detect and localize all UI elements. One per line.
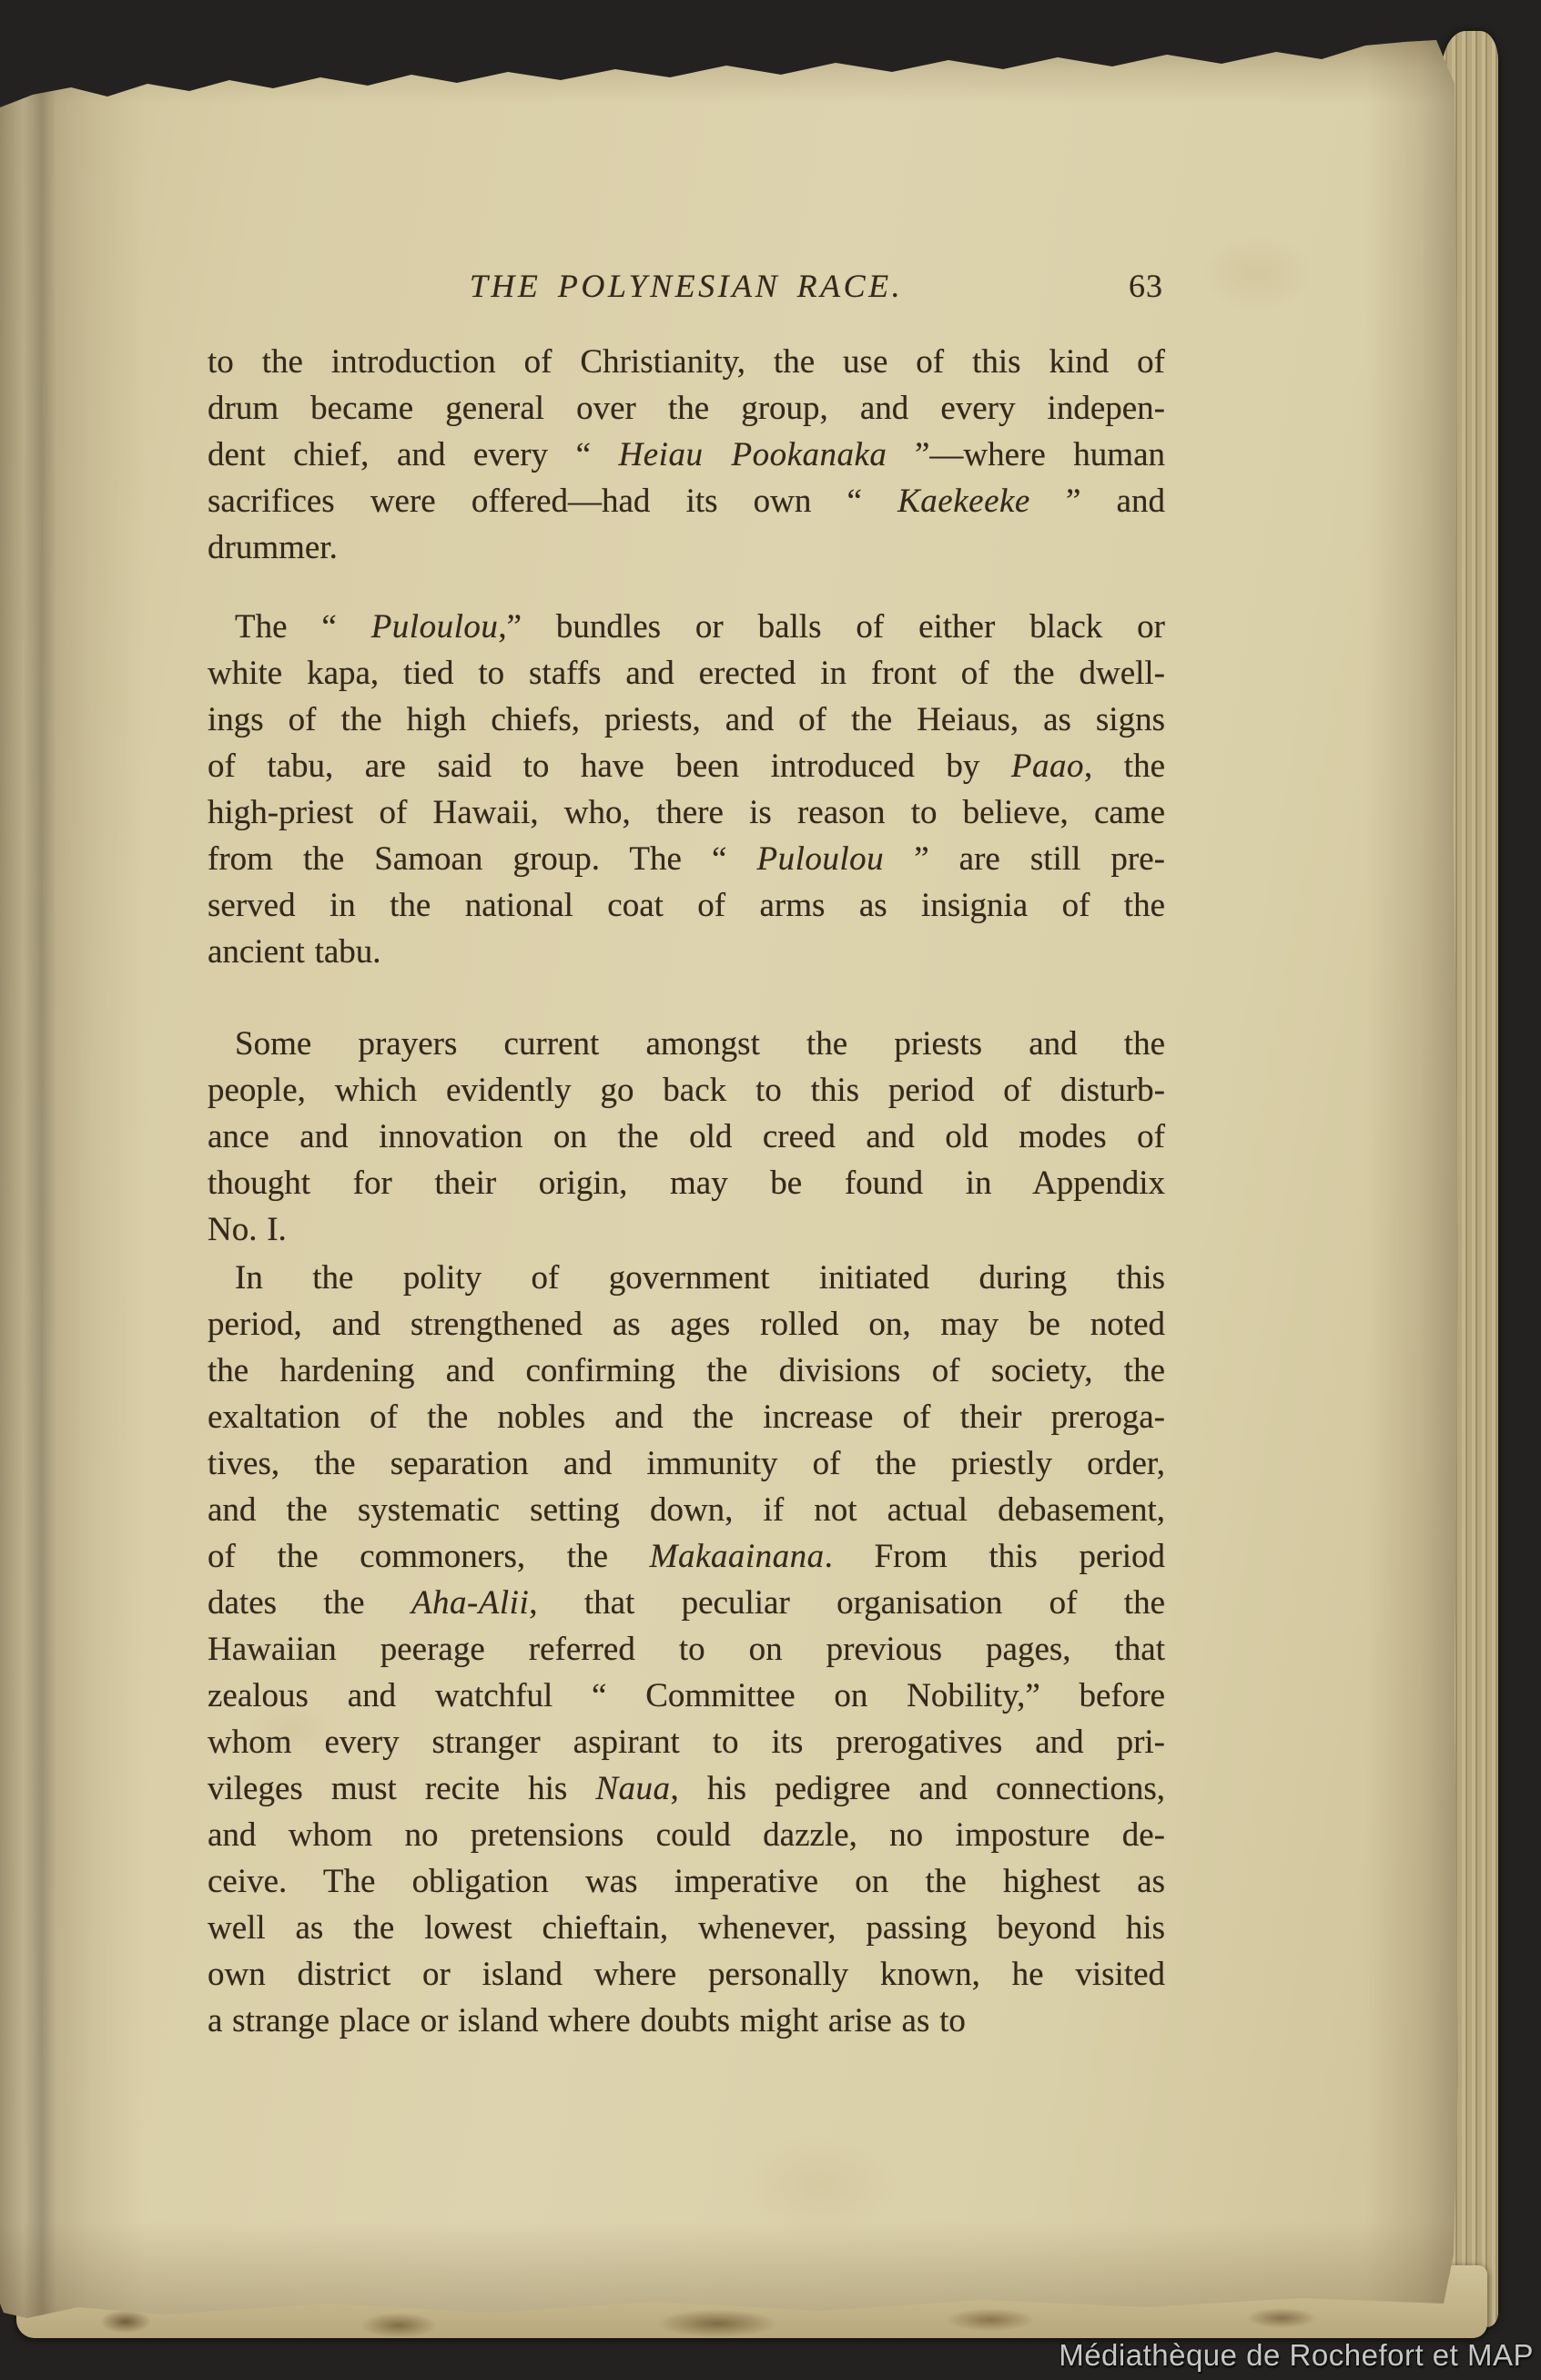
library-watermark: Médiathèque de Rochefort et MAP bbox=[1059, 2338, 1534, 2373]
text-line: own district or island where personally … bbox=[208, 1951, 1165, 1998]
text-line: The “ Puloulou,” bundles or balls of eit… bbox=[208, 604, 1165, 650]
text-line: and the systematic setting down, if not … bbox=[208, 1487, 1165, 1533]
page-title: THE POLYNESIAN RACE. bbox=[470, 268, 903, 304]
paragraph: The “ Puloulou,” bundles or balls of eit… bbox=[208, 604, 1165, 975]
text-line: dates the Aha-Alii, that peculiar organi… bbox=[208, 1580, 1165, 1626]
text-line: drummer. bbox=[208, 524, 1165, 571]
italic-term: Paao bbox=[1011, 748, 1084, 785]
text-line: a strange place or island where doubts m… bbox=[208, 1998, 1165, 2044]
paragraph: to the introduction of Christianity, the… bbox=[208, 339, 1165, 571]
text-line: sacrifices were offered—had its own “ Ka… bbox=[208, 478, 1165, 524]
paragraph: Some prayers current amongst the priests… bbox=[208, 1021, 1165, 1253]
text-line: well as the lowest chieftain, whenever, … bbox=[208, 1905, 1165, 1951]
gutter-shadow bbox=[0, 0, 146, 2380]
italic-term: Puloulou bbox=[371, 608, 499, 646]
text-line: to the introduction of Christianity, the… bbox=[208, 339, 1165, 385]
paragraph: In the polity of government initiated du… bbox=[208, 1255, 1165, 2044]
text-line: the hardening and confirming the divisio… bbox=[208, 1348, 1165, 1394]
text-line: of the commoners, the Makaainana. From t… bbox=[208, 1533, 1165, 1580]
text-line: tives, the separation and immunity of th… bbox=[208, 1440, 1165, 1487]
body-text: to the introduction of Christianity, the… bbox=[208, 339, 1165, 2044]
text-line: people, which evidently go back to this … bbox=[208, 1067, 1165, 1114]
text-line: served in the national coat of arms as i… bbox=[208, 882, 1165, 929]
text-line: dent chief, and every “ Heiau Pookanaka … bbox=[208, 432, 1165, 478]
text-line: high-priest of Hawaii, who, there is rea… bbox=[208, 789, 1165, 836]
book-page: THE POLYNESIAN RACE. 63 to the introduct… bbox=[0, 0, 1541, 2380]
top-edge-shadow bbox=[0, 27, 1477, 104]
text-line: vileges must recite his Naua, his pedigr… bbox=[208, 1765, 1165, 1812]
text-line: white kapa, tied to staffs and erected i… bbox=[208, 650, 1165, 697]
book-photo-scene: THE POLYNESIAN RACE. 63 to the introduct… bbox=[0, 0, 1541, 2380]
italic-term: Makaainana bbox=[650, 1538, 825, 1575]
text-line: period, and strengthened as ages rolled … bbox=[208, 1301, 1165, 1348]
text-line: of tabu, are said to have been introduce… bbox=[208, 743, 1165, 789]
italic-term: Heiau Pookanaka bbox=[619, 436, 887, 473]
text-block: THE POLYNESIAN RACE. 63 to the introduct… bbox=[208, 266, 1165, 2044]
text-line: Hawaiian peerage referred to on previous… bbox=[208, 1626, 1165, 1673]
text-line: whom every stranger aspirant to its prer… bbox=[208, 1719, 1165, 1765]
text-line: exaltation of the nobles and the increas… bbox=[208, 1394, 1165, 1440]
text-line: from the Samoan group. The “ Puloulou ” … bbox=[208, 836, 1165, 882]
text-line: thought for their origin, may be found i… bbox=[208, 1160, 1165, 1206]
page-number: 63 bbox=[1129, 266, 1163, 306]
text-line: In the polity of government initiated du… bbox=[208, 1255, 1165, 1301]
italic-term: Puloulou bbox=[756, 840, 884, 878]
text-line: ance and innovation on the old creed and… bbox=[208, 1114, 1165, 1160]
text-line: zealous and watchful “ Committee on Nobi… bbox=[208, 1673, 1165, 1719]
text-line: and whom no pretensions could dazzle, no… bbox=[208, 1812, 1165, 1858]
italic-term: Aha-Alii bbox=[411, 1584, 529, 1622]
italic-term: Kaekeeke bbox=[897, 483, 1030, 520]
text-line: ceive. The obligation was imperative on … bbox=[208, 1858, 1165, 1905]
text-line: Some prayers current amongst the priests… bbox=[208, 1021, 1165, 1067]
text-line: ings of the high chiefs, priests, and of… bbox=[208, 697, 1165, 743]
text-line: drum became general over the group, and … bbox=[208, 385, 1165, 432]
running-header: THE POLYNESIAN RACE. 63 bbox=[208, 266, 1165, 306]
text-line: No. I. bbox=[208, 1206, 1165, 1253]
italic-term: Naua bbox=[595, 1770, 670, 1807]
right-edge-shadow bbox=[1365, 0, 1458, 2380]
text-line: ancient tabu. bbox=[208, 929, 1165, 975]
